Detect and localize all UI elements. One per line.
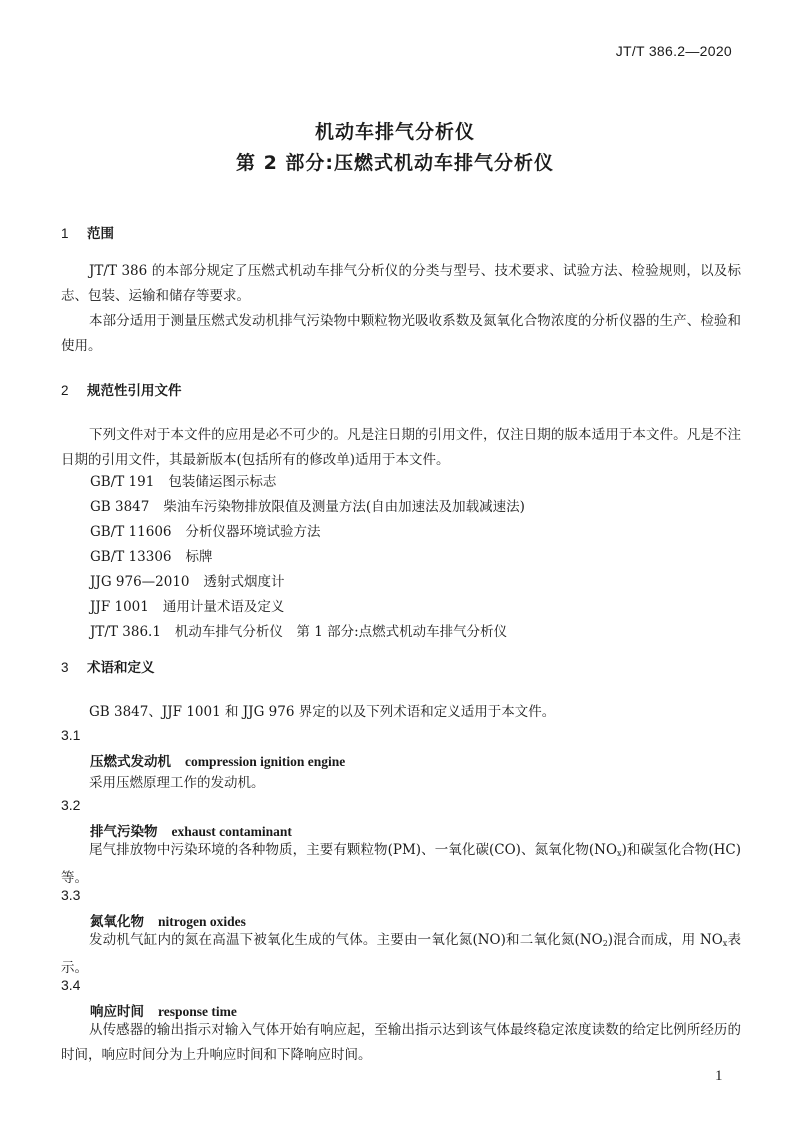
term-heading: 压燃式发动机compression ignition engine	[90, 750, 345, 770]
references-intro: 下列文件对于本文件的应用是必不可少的。凡是注日期的引用文件，仅注日期的版本适用于…	[61, 423, 741, 473]
section-heading-normative-references: 2规范性引用文件	[61, 379, 182, 399]
reference-item: JJF 1001通用计量术语及定义	[90, 595, 284, 615]
reference-item: GB/T 191包装储运图示标志	[90, 470, 276, 490]
section-title: 术语和定义	[87, 660, 155, 676]
document-subtitle: 第 2 部分:压燃式机动车排气分析仪	[0, 148, 790, 175]
scope-paragraph-2: 本部分适用于测量压燃式发动机排气污染物中颗粒物光吸收系数及氮氧化合物浓度的分析仪…	[61, 309, 741, 359]
scope-paragraph-1: JT/T 386 的本部分规定了压燃式机动车排气分析仪的分类与型号、技术要求、试…	[61, 259, 741, 309]
reference-code: GB/T 191	[90, 474, 154, 490]
section-number: 3	[61, 660, 87, 675]
reference-item: GB 3847柴油车污染物排放限值及测量方法(自由加速法及加载减速法)	[90, 495, 525, 515]
term-heading: 响应时间response time	[90, 1000, 237, 1020]
reference-title: 标牌	[186, 549, 213, 565]
reference-title: 分析仪器环境试验方法	[186, 524, 321, 540]
terms-intro: GB 3847、JJF 1001 和 JJG 976 界定的以及下列术语和定义适…	[61, 700, 741, 725]
reference-title: 透射式烟度计	[204, 574, 285, 590]
section-number: 1	[61, 226, 87, 241]
standard-code: JT/T 386.2—2020	[616, 43, 732, 59]
document-title: 机动车排气分析仪	[0, 117, 790, 144]
term-heading: 排气污染物exhaust contaminant	[90, 820, 292, 840]
reference-item: JJG 976—2010透射式烟度计	[90, 570, 285, 590]
reference-code: GB/T 13306	[90, 549, 172, 565]
term-en: compression ignition engine	[185, 754, 345, 769]
reference-title: 包装储运图示标志	[168, 474, 276, 490]
reference-title: 柴油车污染物排放限值及测量方法(自由加速法及加载减速法)	[163, 499, 525, 515]
reference-item: JT/T 386.1机动车排气分析仪 第 1 部分:点燃式机动车排气分析仪	[90, 620, 507, 640]
reference-code: JT/T 386.1	[90, 624, 161, 640]
term-number: 3.1	[61, 727, 80, 743]
term-heading: 氮氧化物nitrogen oxides	[90, 910, 246, 930]
term-definition: 尾气排放物中污染环境的各种物质，主要有颗粒物(PM)、一氧化碳(CO)、氮氧化物…	[61, 838, 741, 891]
reference-code: JJG 976—2010	[90, 574, 190, 590]
term-number: 3.3	[61, 887, 80, 903]
reference-item: GB/T 11606分析仪器环境试验方法	[90, 520, 321, 540]
term-number: 3.2	[61, 797, 80, 813]
reference-item: GB/T 13306标牌	[90, 545, 213, 565]
section-heading-scope: 1范围	[61, 222, 114, 242]
section-heading-terms: 3术语和定义	[61, 656, 155, 676]
term-definition: 从传感器的输出指示对输入气体开始有响应起，至输出指示达到该气体最终稳定浓度读数的…	[61, 1018, 741, 1068]
term-definition: 发动机气缸内的氮在高温下被氧化生成的气体。主要由一氧化氮(NO)和二氧化氮(NO…	[61, 928, 741, 981]
reference-code: GB/T 11606	[90, 524, 172, 540]
reference-title: 通用计量术语及定义	[163, 599, 285, 615]
section-title: 范围	[87, 226, 114, 242]
reference-code: JJF 1001	[90, 599, 149, 615]
reference-title: 机动车排气分析仪 第 1 部分:点燃式机动车排气分析仪	[175, 624, 507, 640]
term-en: nitrogen oxides	[158, 914, 246, 929]
reference-code: GB 3847	[90, 499, 149, 515]
page-number: 1	[715, 1068, 723, 1085]
term-zh: 压燃式发动机	[90, 754, 171, 770]
term-en: response time	[158, 1004, 237, 1019]
section-title: 规范性引用文件	[87, 383, 182, 399]
term-en: exhaust contaminant	[172, 824, 292, 839]
section-number: 2	[61, 383, 87, 398]
term-definition: 采用压燃原理工作的发动机。	[61, 771, 741, 796]
term-number: 3.4	[61, 977, 80, 993]
